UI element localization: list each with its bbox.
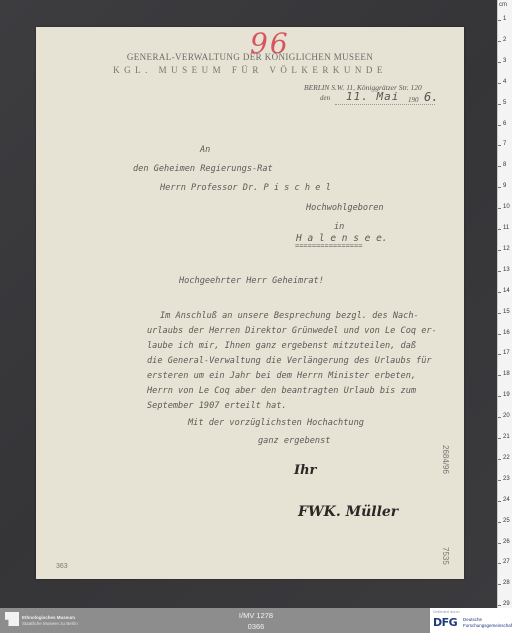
date-prefix: den xyxy=(320,94,330,102)
ruler-tick-label: 20 xyxy=(503,413,510,419)
ruler-tick: 24 xyxy=(498,501,512,502)
ruler-tick: 15 xyxy=(498,313,512,314)
ruler-tick-label: 23 xyxy=(503,476,510,482)
ruler-tick-label: 8 xyxy=(503,162,506,168)
ruler-tick: 11 xyxy=(498,229,512,230)
ruler-tick-label: 12 xyxy=(503,246,510,252)
ruler-tick-label: 7 xyxy=(503,141,506,147)
ruler-tick: 22 xyxy=(498,459,512,460)
ruler-tick-label: 19 xyxy=(503,392,510,398)
date-rule xyxy=(335,104,435,105)
pencil-margin-note-1: 2684/96 xyxy=(441,445,450,474)
ruler-tick-label: 3 xyxy=(503,58,506,64)
ruler-tick: 8 xyxy=(498,166,512,167)
ruler-tick: 5 xyxy=(498,104,512,105)
ruler-tick: 4 xyxy=(498,83,512,84)
recipient-line-2: den Geheimen Regierungs-Rat xyxy=(133,164,273,174)
year-prefix: 190 xyxy=(408,96,419,104)
ruler-tick: 3 xyxy=(498,62,512,63)
ruler-tick: 29 xyxy=(498,605,512,606)
recipient-city-underline: ================ xyxy=(295,242,362,250)
body-line-7: September 1907 erteilt hat. xyxy=(147,401,287,411)
ruler-tick-label: 24 xyxy=(503,497,510,503)
body-line-6: Herrn von Le Coq aber den beantragten Ur… xyxy=(147,386,416,396)
ruler-tick-label: 11 xyxy=(503,225,509,231)
ruler-tick-label: 9 xyxy=(503,183,506,189)
ruler-tick: 18 xyxy=(498,375,512,376)
ruler-tick-label: 18 xyxy=(503,371,510,377)
body-line-2: urlaubs der Herren Direktor Grünwedel un… xyxy=(147,326,437,336)
recipient-line-3: Herrn Professor Dr. P i s c h e l xyxy=(160,183,331,193)
letterhead-line-1: GENERAL-VERWALTUNG DER KÖNIGLICHEN MUSEE… xyxy=(36,52,464,62)
ruler-tick: 27 xyxy=(498,563,512,564)
year-typed: 6. xyxy=(424,90,438,104)
pencil-bottom-note: 363 xyxy=(56,563,68,570)
recipient-line-1: An xyxy=(200,145,210,155)
date-typed: 11. Mai xyxy=(346,90,399,103)
ruler-tick-label: 5 xyxy=(503,100,506,106)
body-line-3: laube ich mir, Ihnen ganz ergebenst mitz… xyxy=(147,341,416,351)
ruler-tick: 13 xyxy=(498,271,512,272)
ruler-tick-label: 17 xyxy=(503,350,510,356)
letterhead-line-2: KGL. MUSEUM FÜR VÖLKERKUNDE xyxy=(36,65,464,75)
dfg-logo-icon: DFG xyxy=(433,616,457,629)
funder-name-line-2: Forschungsgemeinschaft xyxy=(463,623,512,628)
closing-line-2: ganz ergebenst xyxy=(258,436,330,446)
recipient-line-5: in xyxy=(334,222,344,232)
ruler-tick-label: 2 xyxy=(503,37,506,43)
ruler-tick: 9 xyxy=(498,187,512,188)
ruler-tick-label: 15 xyxy=(503,309,510,315)
centimeter-ruler: cm 1234567891011121314151617181920212223… xyxy=(497,0,512,608)
signature-name: FWK. Müller xyxy=(298,504,398,520)
ruler-tick: 2 xyxy=(498,41,512,42)
letter-page: 96 GENERAL-VERWALTUNG DER KÖNIGLICHEN MU… xyxy=(36,27,464,579)
ruler-tick-label: 27 xyxy=(503,559,510,565)
ruler-tick: 28 xyxy=(498,584,512,585)
funder-label: Gefördert durch xyxy=(433,610,460,614)
ruler-tick-label: 21 xyxy=(503,434,510,440)
ruler-tick-label: 26 xyxy=(503,539,510,545)
ruler-tick-label: 13 xyxy=(503,267,510,273)
ruler-tick-label: 10 xyxy=(503,204,510,210)
ruler-tick: 12 xyxy=(498,250,512,251)
signature-ihr: Ihr xyxy=(294,463,316,478)
funder-name-line-1: Deutsche xyxy=(463,617,482,622)
ruler-tick: 19 xyxy=(498,396,512,397)
ruler-tick-label: 14 xyxy=(503,288,510,294)
dfg-funder-badge: Gefördert durch DFG Deutsche Forschungsg… xyxy=(430,608,512,633)
ruler-tick-label: 16 xyxy=(503,330,510,336)
ruler-tick: 25 xyxy=(498,522,512,523)
ruler-unit-label: cm xyxy=(499,2,507,8)
ruler-tick-label: 22 xyxy=(503,455,510,461)
ruler-tick: 10 xyxy=(498,208,512,209)
ruler-tick: 21 xyxy=(498,438,512,439)
ruler-tick-label: 25 xyxy=(503,518,510,524)
ruler-tick: 17 xyxy=(498,354,512,355)
ruler-tick: 16 xyxy=(498,334,512,335)
body-line-4: die General-Verwaltung die Verlängerung … xyxy=(147,356,432,366)
closing-line-1: Mit der vorzüglichsten Hochachtung xyxy=(188,418,364,428)
ruler-tick-label: 6 xyxy=(503,121,506,127)
ruler-tick-label: 28 xyxy=(503,580,510,586)
ruler-tick: 7 xyxy=(498,145,512,146)
ruler-tick-label: 1 xyxy=(503,16,506,22)
pencil-margin-note-2: 7535 xyxy=(441,547,450,565)
ruler-tick-label: 29 xyxy=(503,601,510,607)
body-line-1: Im Anschluß an unsere Besprechung bezgl.… xyxy=(160,311,419,321)
body-line-5: ersteren um ein Jahr bei dem Herrn Minis… xyxy=(147,371,416,381)
ruler-tick: 1 xyxy=(498,20,512,21)
date-line: den 11. Mai 190 6. xyxy=(320,94,460,102)
ruler-tick-label: 4 xyxy=(503,79,506,85)
ruler-tick: 23 xyxy=(498,480,512,481)
salutation: Hochgeehrter Herr Geheimrat! xyxy=(179,276,324,286)
ruler-tick: 6 xyxy=(498,125,512,126)
recipient-line-4: Hochwohlgeboren xyxy=(306,203,384,213)
ruler-tick: 26 xyxy=(498,543,512,544)
ruler-tick: 20 xyxy=(498,417,512,418)
ruler-tick: 14 xyxy=(498,292,512,293)
